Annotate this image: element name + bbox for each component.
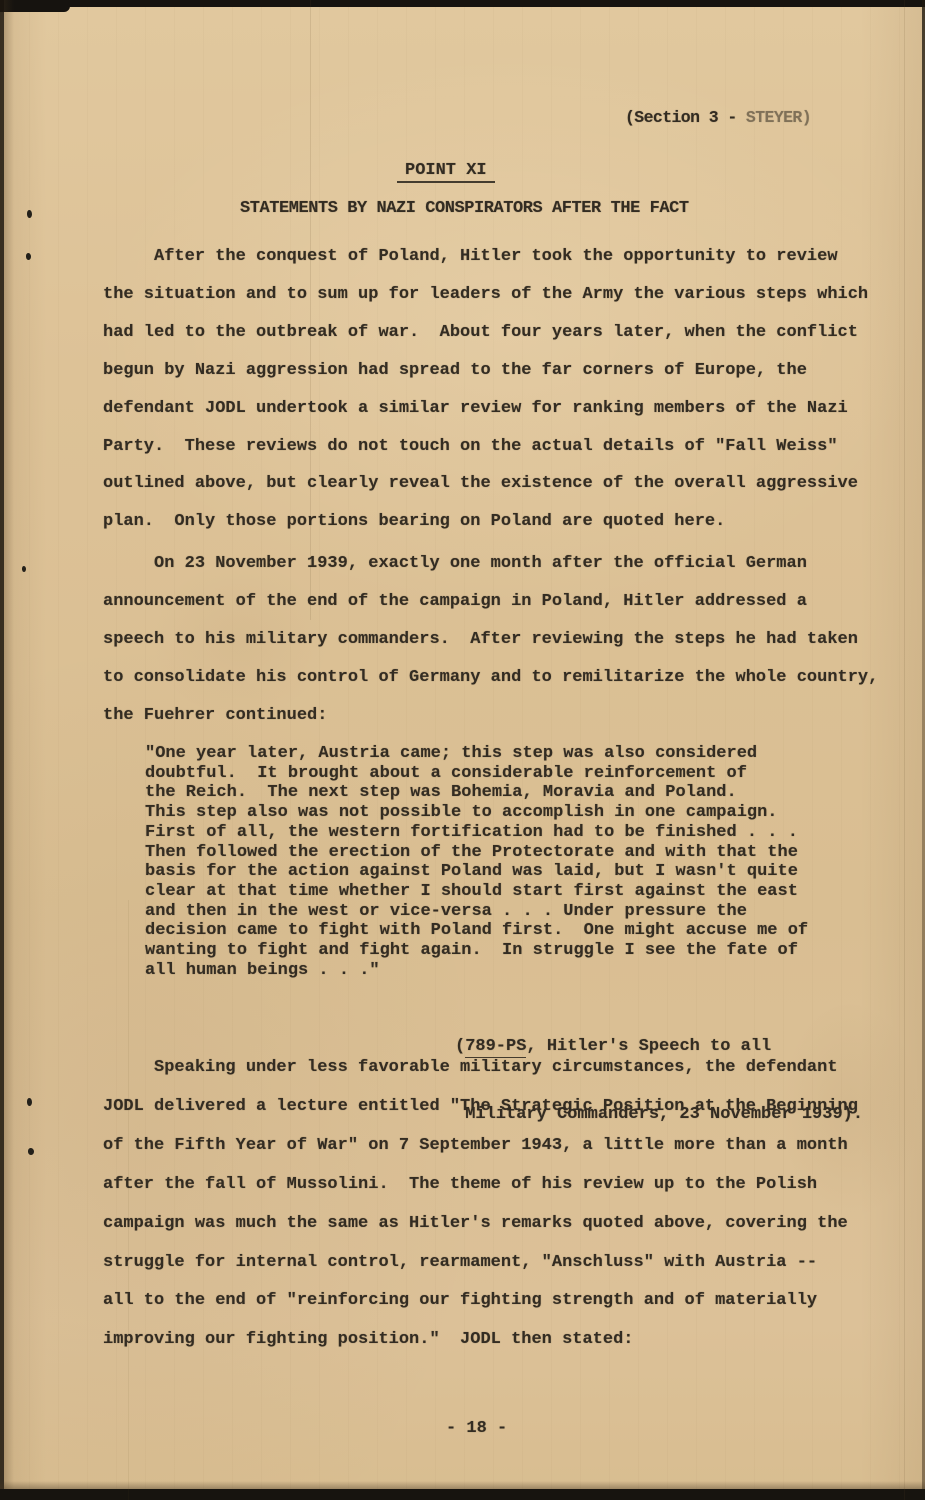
ink-speck xyxy=(27,1098,32,1106)
text-line: clear at that time whether I should star… xyxy=(145,882,808,902)
scan-edge-left-shadow xyxy=(4,0,14,1500)
hitler-speech-quote: "One year later, Austria came; this step… xyxy=(145,744,808,980)
paragraph-1: After the conquest of Poland, Hitler too… xyxy=(103,238,868,541)
text-line: doubtful. It brought about a considerabl… xyxy=(145,764,808,784)
text-line: speech to his military commanders. After… xyxy=(103,621,878,659)
scan-edge-bottom-shadow xyxy=(0,1481,925,1489)
text-line: defendant JODL undertook a similar revie… xyxy=(103,390,868,428)
text-line: Speaking under less favorable military c… xyxy=(103,1049,858,1088)
text-line: campaign was much the same as Hitler's r… xyxy=(103,1205,858,1244)
text-line: had led to the outbreak of war. About fo… xyxy=(103,314,868,352)
section-header-steyer: STEYER) xyxy=(746,108,811,127)
scan-edge-bottom xyxy=(0,1489,925,1500)
text-line: After the conquest of Poland, Hitler too… xyxy=(103,238,868,276)
scan-edge-top xyxy=(0,0,925,7)
text-line: JODL delivered a lecture entitled "The S… xyxy=(103,1088,858,1127)
text-line: after the fall of Mussolini. The theme o… xyxy=(103,1166,858,1205)
ink-speck xyxy=(27,210,32,218)
text-line: "One year later, Austria came; this step… xyxy=(145,744,808,764)
text-line: wanting to fight and fight again. In str… xyxy=(145,941,808,961)
paragraph-3: Speaking under less favorable military c… xyxy=(103,1049,858,1360)
ink-speck xyxy=(22,566,26,572)
text-line: all to the end of "reinforcing our fight… xyxy=(103,1282,858,1321)
section-header-text: (Section 3 - xyxy=(625,108,746,127)
text-line: plan. Only those portions bearing on Pol… xyxy=(103,503,868,541)
text-line: Then followed the erection of the Protec… xyxy=(145,843,808,863)
text-line: This step also was not possible to accom… xyxy=(145,803,808,823)
text-line: decision came to fight with Poland first… xyxy=(145,921,808,941)
point-subtitle: STATEMENTS BY NAZI CONSPIRATORS AFTER TH… xyxy=(240,199,689,218)
page-number: - 18 - xyxy=(446,1419,507,1438)
text-line: begun by Nazi aggression had spread to t… xyxy=(103,352,868,390)
text-line: the situation and to sum up for leaders … xyxy=(103,276,868,314)
text-line: basis for the action against Poland was … xyxy=(145,862,808,882)
ink-speck xyxy=(26,253,31,260)
text-line: Party. These reviews do not touch on the… xyxy=(103,428,868,466)
text-line: all human beings . . ." xyxy=(145,961,808,981)
point-title: POINT XI xyxy=(397,161,495,183)
section-header: (Section 3 - STEYER) xyxy=(625,108,811,127)
text-line: struggle for internal control, rearmamen… xyxy=(103,1244,858,1283)
text-line: outlined above, but clearly reveal the e… xyxy=(103,465,868,503)
ink-speck xyxy=(28,1148,34,1155)
document-page: (Section 3 - STEYER) POINT XI STATEMENTS… xyxy=(0,0,925,1500)
text-line: the Fuehrer continued: xyxy=(103,697,878,735)
text-line: the Reich. The next step was Bohemia, Mo… xyxy=(145,783,808,803)
text-line: and then in the west or vice-versa . . .… xyxy=(145,902,808,922)
text-line: announcement of the end of the campaign … xyxy=(103,583,878,621)
text-line: to consolidate his control of Germany an… xyxy=(103,659,878,697)
point-title-text: POINT XI xyxy=(397,161,495,183)
text-line: improving our fighting position." JODL t… xyxy=(103,1321,858,1360)
paragraph-2: On 23 November 1939, exactly one month a… xyxy=(103,545,878,735)
text-line: First of all, the western fortification … xyxy=(145,823,808,843)
text-line: of the Fifth Year of War" on 7 September… xyxy=(103,1127,858,1166)
paper-crease xyxy=(904,0,905,1500)
text-line: On 23 November 1939, exactly one month a… xyxy=(103,545,878,583)
